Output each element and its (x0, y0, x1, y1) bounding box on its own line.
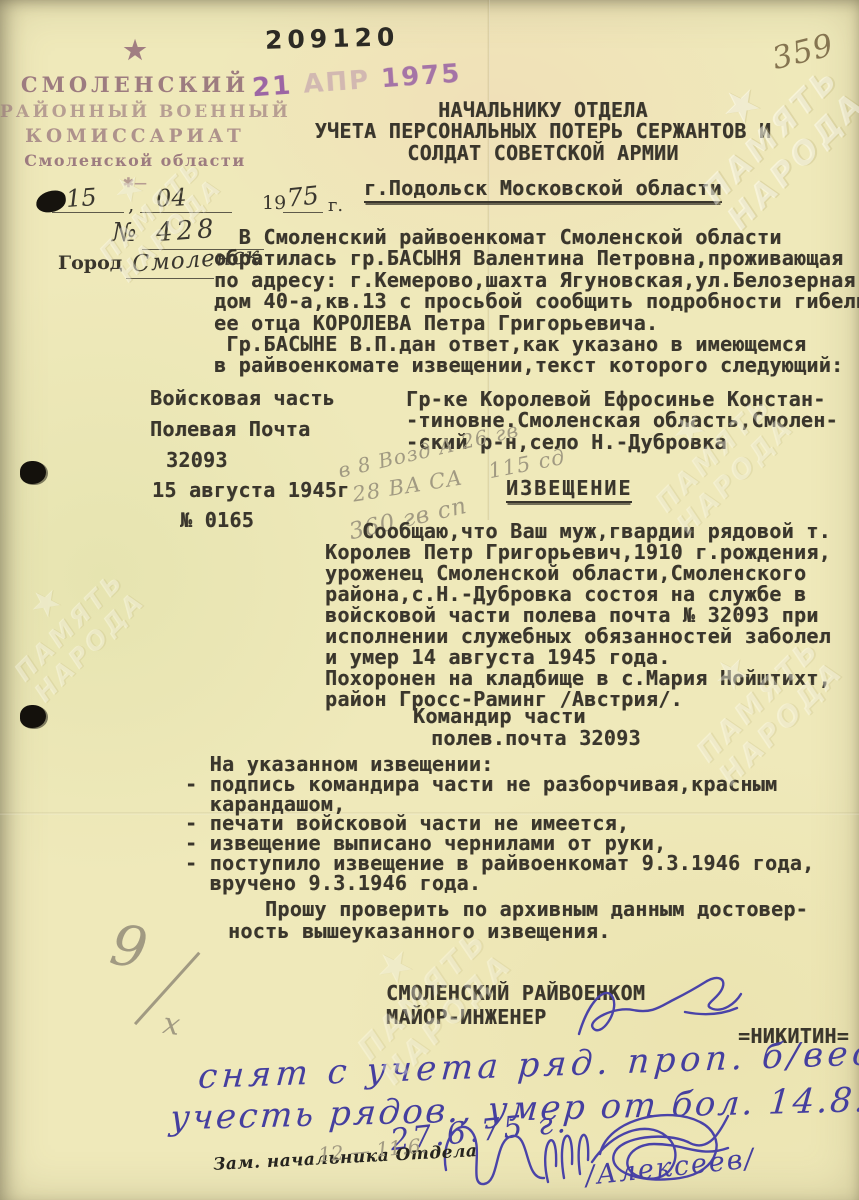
letterhead-line: СМОЛЕНСКИЙ (0, 72, 270, 97)
letterhead-line: Смоленской области (0, 151, 270, 170)
letterhead-line: КОМИССАРИАТ (0, 126, 270, 147)
date-year-underline (283, 212, 323, 213)
notice-date: 15 августа 1945г (152, 480, 349, 501)
date-received-stamp: 21 АПР 1975 (251, 59, 462, 104)
watermark-star-icon: ★ (294, 866, 487, 1059)
stamp-month: АПР (302, 65, 371, 100)
watermark: ★ ПАМЯТЬ НАРОДА (0, 518, 165, 722)
notice-title: ИЗВЕЩЕНИЕ (506, 478, 632, 499)
city-label: Город (58, 252, 122, 274)
date-comma: , (128, 192, 134, 216)
page-number: 359 (769, 27, 838, 77)
date-month-underline (140, 212, 232, 213)
closing-paragraph: Прошу проверить по архивным данным досто… (228, 898, 808, 942)
document-number-label: № (112, 218, 137, 248)
watermark-text: НАРОДА (14, 571, 164, 721)
hole-punch (20, 705, 46, 728)
letterhead-line: РАЙОННЫЙ ВОЕННЫЙ (0, 102, 270, 122)
recipient-address: НАЧАЛЬНИКУ ОТДЕЛА УЧЕТА ПЕРСОНАЛЬНЫХ ПОТ… (293, 100, 793, 200)
document-date-day: 15 (65, 183, 97, 213)
date-year-printed: 19 (262, 192, 286, 214)
city-underline (126, 278, 214, 279)
notice-title-text: ИЗВЕЩЕНИЕ (506, 476, 632, 503)
letterhead-divider: ✱— (0, 176, 270, 191)
commander-line-1: Командир части (413, 706, 586, 727)
margin-mark-top: 9 (106, 912, 152, 982)
recipient-lines: НАЧАЛЬНИКУ ОТДЕЛА УЧЕТА ПЕРСОНАЛЬНЫХ ПОТ… (293, 100, 793, 164)
ink-blot (35, 189, 68, 214)
notice-number: № 0165 (180, 510, 254, 531)
intro-paragraph: В Смоленский райвоенкомат Смоленской обл… (214, 227, 859, 377)
document-date-month: 04 (155, 183, 187, 213)
star-icon: ★ (0, 36, 270, 66)
document-number-value: 428 (155, 214, 219, 248)
date-day-underline (52, 212, 124, 213)
commander-line-2: полев.почта 32093 (431, 728, 641, 749)
field-post-line: Полевая Почта (150, 419, 310, 440)
document-scan: 209120 21 АПР 1975 359 ★ СМОЛЕНСКИЙ РАЙО… (0, 0, 859, 1200)
archive-number: 209120 (265, 22, 400, 55)
remarks-list: На указанном извещении: - подпись команд… (185, 755, 814, 894)
recipient-place: г.Подольск Московской области (364, 176, 722, 203)
field-post-number: 32093 (166, 450, 228, 471)
notice-body: Сообщаю,что Ваш муж,гвардии рядовой т. К… (325, 521, 831, 710)
hole-punch (20, 461, 46, 484)
margin-mark-bottom: х (161, 1006, 183, 1043)
unit-name-line: Войсковая часть (150, 388, 335, 409)
watermark-text: ПАМЯТЬ (0, 551, 144, 701)
watermark-star-icon: ★ (0, 518, 124, 681)
margin-pencil-mark: 9 х (105, 915, 205, 1045)
stamp-year: 1975 (380, 59, 462, 95)
letterhead-stamp: ★ СМОЛЕНСКИЙ РАЙОННЫЙ ВОЕННЫЙ КОМИССАРИА… (0, 36, 270, 191)
signature-title-2: МАЙОР-ИНЖЕНЕР (386, 1007, 546, 1028)
